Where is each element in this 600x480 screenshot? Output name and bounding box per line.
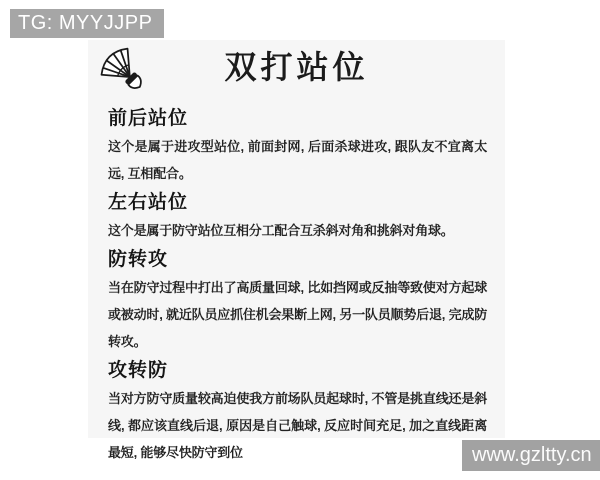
card-header: 双打站位 bbox=[88, 40, 505, 103]
section: 防转攻 当在防守过程中打出了高质量回球, 比如挡网或反抽等致使对方起球或被动时,… bbox=[108, 250, 497, 355]
section-heading: 左右站位 bbox=[108, 193, 497, 213]
section-heading: 前后站位 bbox=[108, 109, 497, 129]
shuttlecock-icon bbox=[100, 43, 152, 99]
section: 前后站位 这个是属于进攻型站位, 前面封网, 后面杀球进攻, 跟队友不宜离太远,… bbox=[108, 109, 497, 187]
page: { "badges": { "tg_label": "TG: MYYJJPP",… bbox=[0, 0, 600, 480]
tg-watermark-badge: TG: MYYJJPP bbox=[10, 9, 164, 38]
section: 左右站位 这个是属于防守站位互相分工配合互杀斜对角和挑斜对角球。 bbox=[108, 193, 497, 244]
section-body: 这个是属于防守站位互相分工配合互杀斜对角和挑斜对角球。 bbox=[108, 217, 497, 244]
section-body: 当对方防守质量较高迫使我方前场队员起球时, 不管是挑直线还是斜线, 都应该直线后… bbox=[108, 385, 497, 466]
sections: 前后站位 这个是属于进攻型站位, 前面封网, 后面杀球进攻, 跟队友不宜离太远,… bbox=[88, 109, 505, 466]
content-card: 双打站位 前后站位 这个是属于进攻型站位, 前面封网, 后面杀球进攻, 跟队友不… bbox=[88, 40, 505, 438]
section-heading: 攻转防 bbox=[108, 361, 497, 381]
website-watermark-badge: www.gzltty.cn bbox=[462, 440, 600, 471]
section-heading: 防转攻 bbox=[108, 250, 497, 270]
section-body: 这个是属于进攻型站位, 前面封网, 后面杀球进攻, 跟队友不宜离太远, 互相配合… bbox=[108, 133, 497, 187]
section-body: 当在防守过程中打出了高质量回球, 比如挡网或反抽等致使对方起球或被动时, 就近队… bbox=[108, 274, 497, 355]
section: 攻转防 当对方防守质量较高迫使我方前场队员起球时, 不管是挑直线还是斜线, 都应… bbox=[108, 361, 497, 466]
